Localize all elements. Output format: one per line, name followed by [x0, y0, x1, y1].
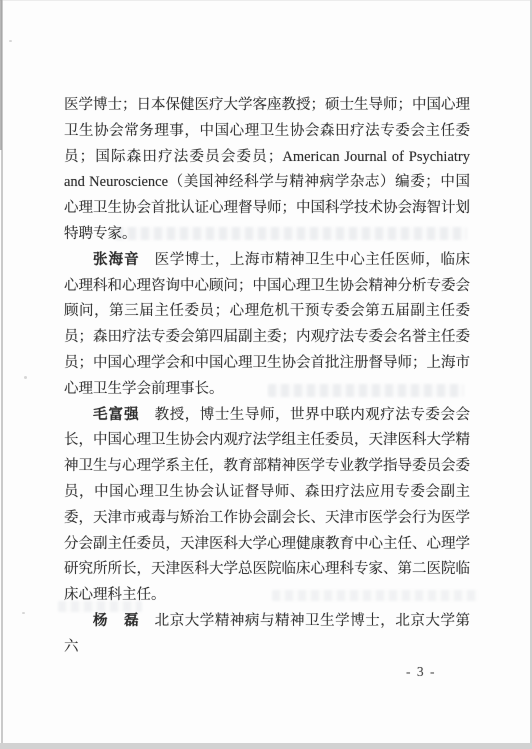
paragraph-mao-fuqiang: 毛富强 教授，博士生导师，世界中联内观疗法专委会会长，中国心理卫生协会内观疗法学…	[64, 403, 470, 609]
person-name: 张海音	[93, 252, 140, 268]
scan-speck	[22, 612, 25, 614]
scanned-page: 医学博士；日本保健医疗大学客座教授；硕士生导师；中国心理卫生协会常务理事，中国心…	[0, 0, 532, 749]
scan-edge-left-dark	[0, 0, 2, 150]
paragraph-text: 教授，博士生导师，世界中联内观疗法专委会会长，中国心理卫生协会内观疗法学组主任委…	[64, 407, 470, 604]
scan-edge-top	[0, 0, 532, 1]
paragraph-yang-lei: 杨 磊 北京大学精神病与精神卫生学博士，北京大学第六	[64, 609, 470, 661]
paragraph-continuation: 医学博士；日本保健医疗大学客座教授；硕士生导师；中国心理卫生协会常务理事，中国心…	[64, 93, 470, 248]
scan-edge-bottom	[0, 743, 532, 749]
paragraph-text: 医学博士，上海市精神卫生中心主任医师，临床心理科和心理咨询中心顾问；中国心理卫生…	[64, 252, 470, 397]
person-name: 毛富强	[93, 407, 140, 423]
person-name: 杨 磊	[93, 613, 140, 629]
page-number: - 3 -	[406, 664, 466, 680]
scan-speck	[9, 40, 12, 42]
paragraph-text: 医学博士；日本保健医疗大学客座教授；硕士生导师；中国心理卫生协会常务理事，中国心…	[64, 97, 470, 242]
document-body: 医学博士；日本保健医疗大学客座教授；硕士生导师；中国心理卫生协会常务理事，中国心…	[64, 93, 470, 661]
paragraph-zhang-haiyin: 张海音 医学博士，上海市精神卫生中心主任医师，临床心理科和心理咨询中心顾问；中国…	[64, 248, 470, 403]
scan-speck	[24, 376, 27, 379]
